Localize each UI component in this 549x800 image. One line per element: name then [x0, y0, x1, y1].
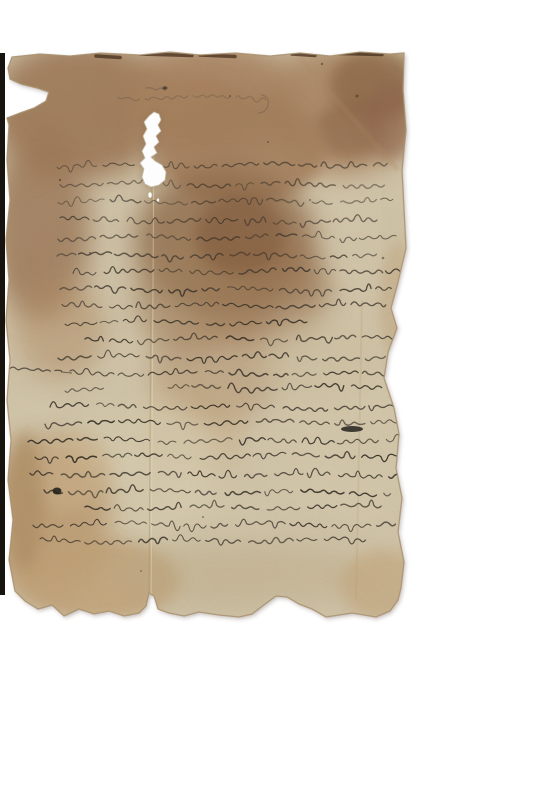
scanner-strip-rect [0, 53, 5, 595]
torn-edge-fringe [96, 56, 120, 58]
hole-speck [148, 192, 152, 198]
paper-speck [202, 516, 204, 518]
scanner-edge-strip [0, 53, 5, 595]
ink-blot [341, 426, 363, 432]
paper-speck [356, 95, 359, 98]
page-background [0, 0, 549, 800]
grain-noise [5, 45, 410, 625]
manuscript-scan [0, 0, 549, 800]
paper-speck [267, 141, 269, 143]
paper-speck [59, 179, 61, 181]
ink-blot [163, 86, 168, 90]
paper-speck [309, 199, 311, 201]
hole-speck [157, 198, 160, 202]
paper-speck [382, 257, 385, 260]
grain-texture [5, 45, 410, 625]
paper-speck [140, 570, 142, 572]
manuscript-scan-svg [0, 0, 549, 800]
ink-blot [53, 488, 62, 495]
paper-speck [321, 63, 323, 65]
